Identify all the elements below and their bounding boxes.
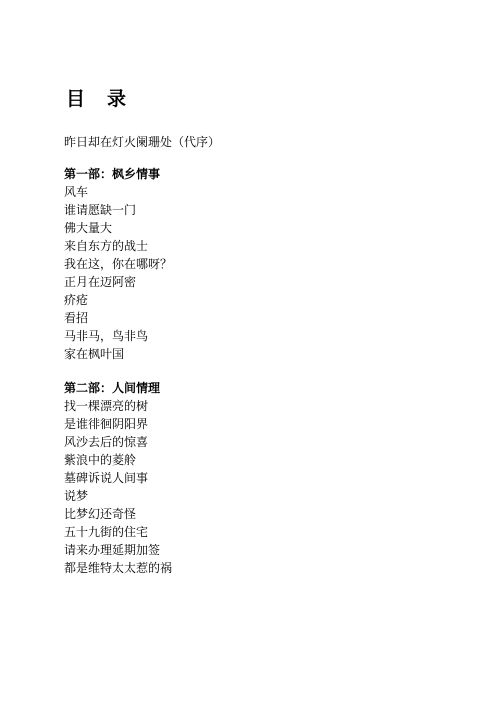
toc-entry: 看招 <box>64 309 172 327</box>
section-heading: 第一部：枫乡情事 <box>64 165 172 183</box>
toc-title-char-1: 目 <box>66 88 85 110</box>
section-entries: 风车 谁请愿缺一门 佛大量大 来自东方的战士 我在这，你在哪呀？ 正月在迈阿密 … <box>64 183 172 363</box>
toc-entry: 墓碑诉说人间事 <box>64 469 172 487</box>
toc-entry: 谁请愿缺一门 <box>64 201 172 219</box>
toc-entry: 疥疮 <box>64 291 172 309</box>
section-entries: 找一棵漂亮的树 是谁徘徊阴阳界 风沙去后的惊喜 紫浪中的菱舲 墓碑诉说人间事 说… <box>64 397 172 577</box>
toc-entry: 比梦幻还奇怪 <box>64 505 172 523</box>
toc-entry: 说梦 <box>64 487 172 505</box>
section-heading: 第二部：人间情理 <box>64 379 172 397</box>
toc-entry: 五十九街的住宅 <box>64 523 172 541</box>
toc-title-char-2: 录 <box>107 88 126 110</box>
toc-entry: 请来办理延期加签 <box>64 541 172 559</box>
toc-entry: 都是维特太太惹的祸 <box>64 559 172 577</box>
toc-entry: 正月在迈阿密 <box>64 273 172 291</box>
toc-entry: 紫浪中的菱舲 <box>64 451 172 469</box>
toc-entry: 我在这，你在哪呀？ <box>64 255 172 273</box>
toc-entry: 是谁徘徊阴阳界 <box>64 415 172 433</box>
toc-section-2: 第二部：人间情理 找一棵漂亮的树 是谁徘徊阴阳界 风沙去后的惊喜 紫浪中的菱舲 … <box>64 379 172 577</box>
toc-entry: 来自东方的战士 <box>64 237 172 255</box>
toc-title: 目录 <box>66 87 126 111</box>
toc-entry: 佛大量大 <box>64 219 172 237</box>
toc-entry: 家在枫叶国 <box>64 345 172 363</box>
toc-section-1: 第一部：枫乡情事 风车 谁请愿缺一门 佛大量大 来自东方的战士 我在这，你在哪呀… <box>64 165 172 363</box>
toc-entry-preface: 昨日却在灯火阑珊处（代序） <box>64 133 220 151</box>
toc-entry: 风车 <box>64 183 172 201</box>
toc-entry: 找一棵漂亮的树 <box>64 397 172 415</box>
toc-entry: 风沙去后的惊喜 <box>64 433 172 451</box>
toc-entry: 马非马，鸟非鸟 <box>64 327 172 345</box>
